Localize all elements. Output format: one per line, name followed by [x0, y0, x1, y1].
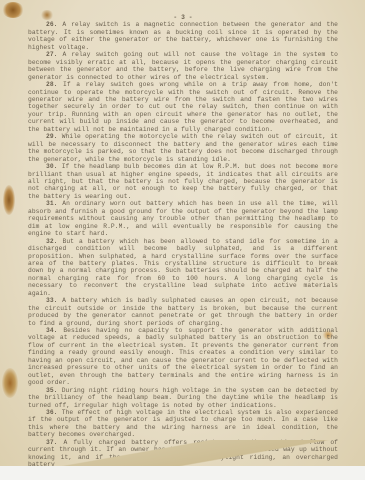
paragraph-text: A battery which is badly sulphated cause… — [28, 297, 338, 326]
paragraph-number: 26. — [46, 21, 58, 28]
paragraph-30: 30. If the headlamp bulb becomes dim at … — [28, 163, 338, 200]
background-surface — [0, 466, 365, 480]
paragraph-number: 36. — [46, 409, 58, 416]
paragraph-number: 30. — [46, 163, 58, 170]
paragraph-31: 31. An ordinary worn out battery which h… — [28, 200, 338, 237]
paragraph-35: 35. During night riding hours high volta… — [28, 387, 338, 409]
stain-mark — [2, 2, 24, 18]
paragraph-text: Besides having no capacity to support th… — [28, 327, 338, 386]
paragraph-27: 27. A relay switch going out will not ca… — [28, 51, 338, 81]
paragraph-number: 33. — [46, 297, 58, 304]
paragraph-text: An ordinary worn out battery which has b… — [28, 200, 338, 237]
page-number: - 3 - — [28, 14, 338, 21]
stain-mark — [2, 368, 18, 398]
paragraph-text: If a relay switch goes wrong while on a … — [28, 81, 338, 133]
stain-mark — [3, 185, 15, 215]
paragraph-number: 34. — [46, 327, 58, 334]
paragraph-text: While operating the motorcycle with the … — [28, 133, 338, 162]
paragraph-number: 27. — [46, 51, 58, 58]
paragraph-number: 28. — [46, 81, 58, 88]
paragraph-36: 36. The effect of high voltage in the el… — [28, 409, 338, 439]
paragraph-33: 33. A battery which is badly sulphated c… — [28, 297, 338, 327]
paragraph-number: 32. — [46, 238, 58, 245]
paragraph-29: 29. While operating the motorcycle with … — [28, 133, 338, 163]
paragraph-text: A relay switch is a magnetic connection … — [28, 21, 338, 50]
document-page: - 3 - 26. A relay switch is a magnetic c… — [0, 0, 365, 468]
paragraph-28: 28. If a relay switch goes wrong while o… — [28, 81, 338, 133]
paragraph-26: 26. A relay switch is a magnetic connect… — [28, 21, 338, 51]
paragraph-text: But a battery which has been allowed to … — [28, 238, 338, 297]
paragraph-text: If the headlamp bulb becomes dim at low … — [28, 163, 338, 200]
paragraph-text: A relay switch going out will not cause … — [28, 51, 338, 80]
document-body: - 3 - 26. A relay switch is a magnetic c… — [28, 14, 338, 468]
paragraph-text: During night riding hours high voltage i… — [28, 387, 338, 409]
paragraph-number: 35. — [46, 387, 58, 394]
paragraph-34: 34. Besides having no capacity to suppor… — [28, 327, 338, 387]
paragraph-number: 29. — [46, 133, 58, 140]
paragraph-32: 32. But a battery which has been allowed… — [28, 238, 338, 298]
paragraph-number: 31. — [46, 200, 58, 207]
paragraph-text: The effect of high voltage in the electr… — [28, 409, 338, 438]
